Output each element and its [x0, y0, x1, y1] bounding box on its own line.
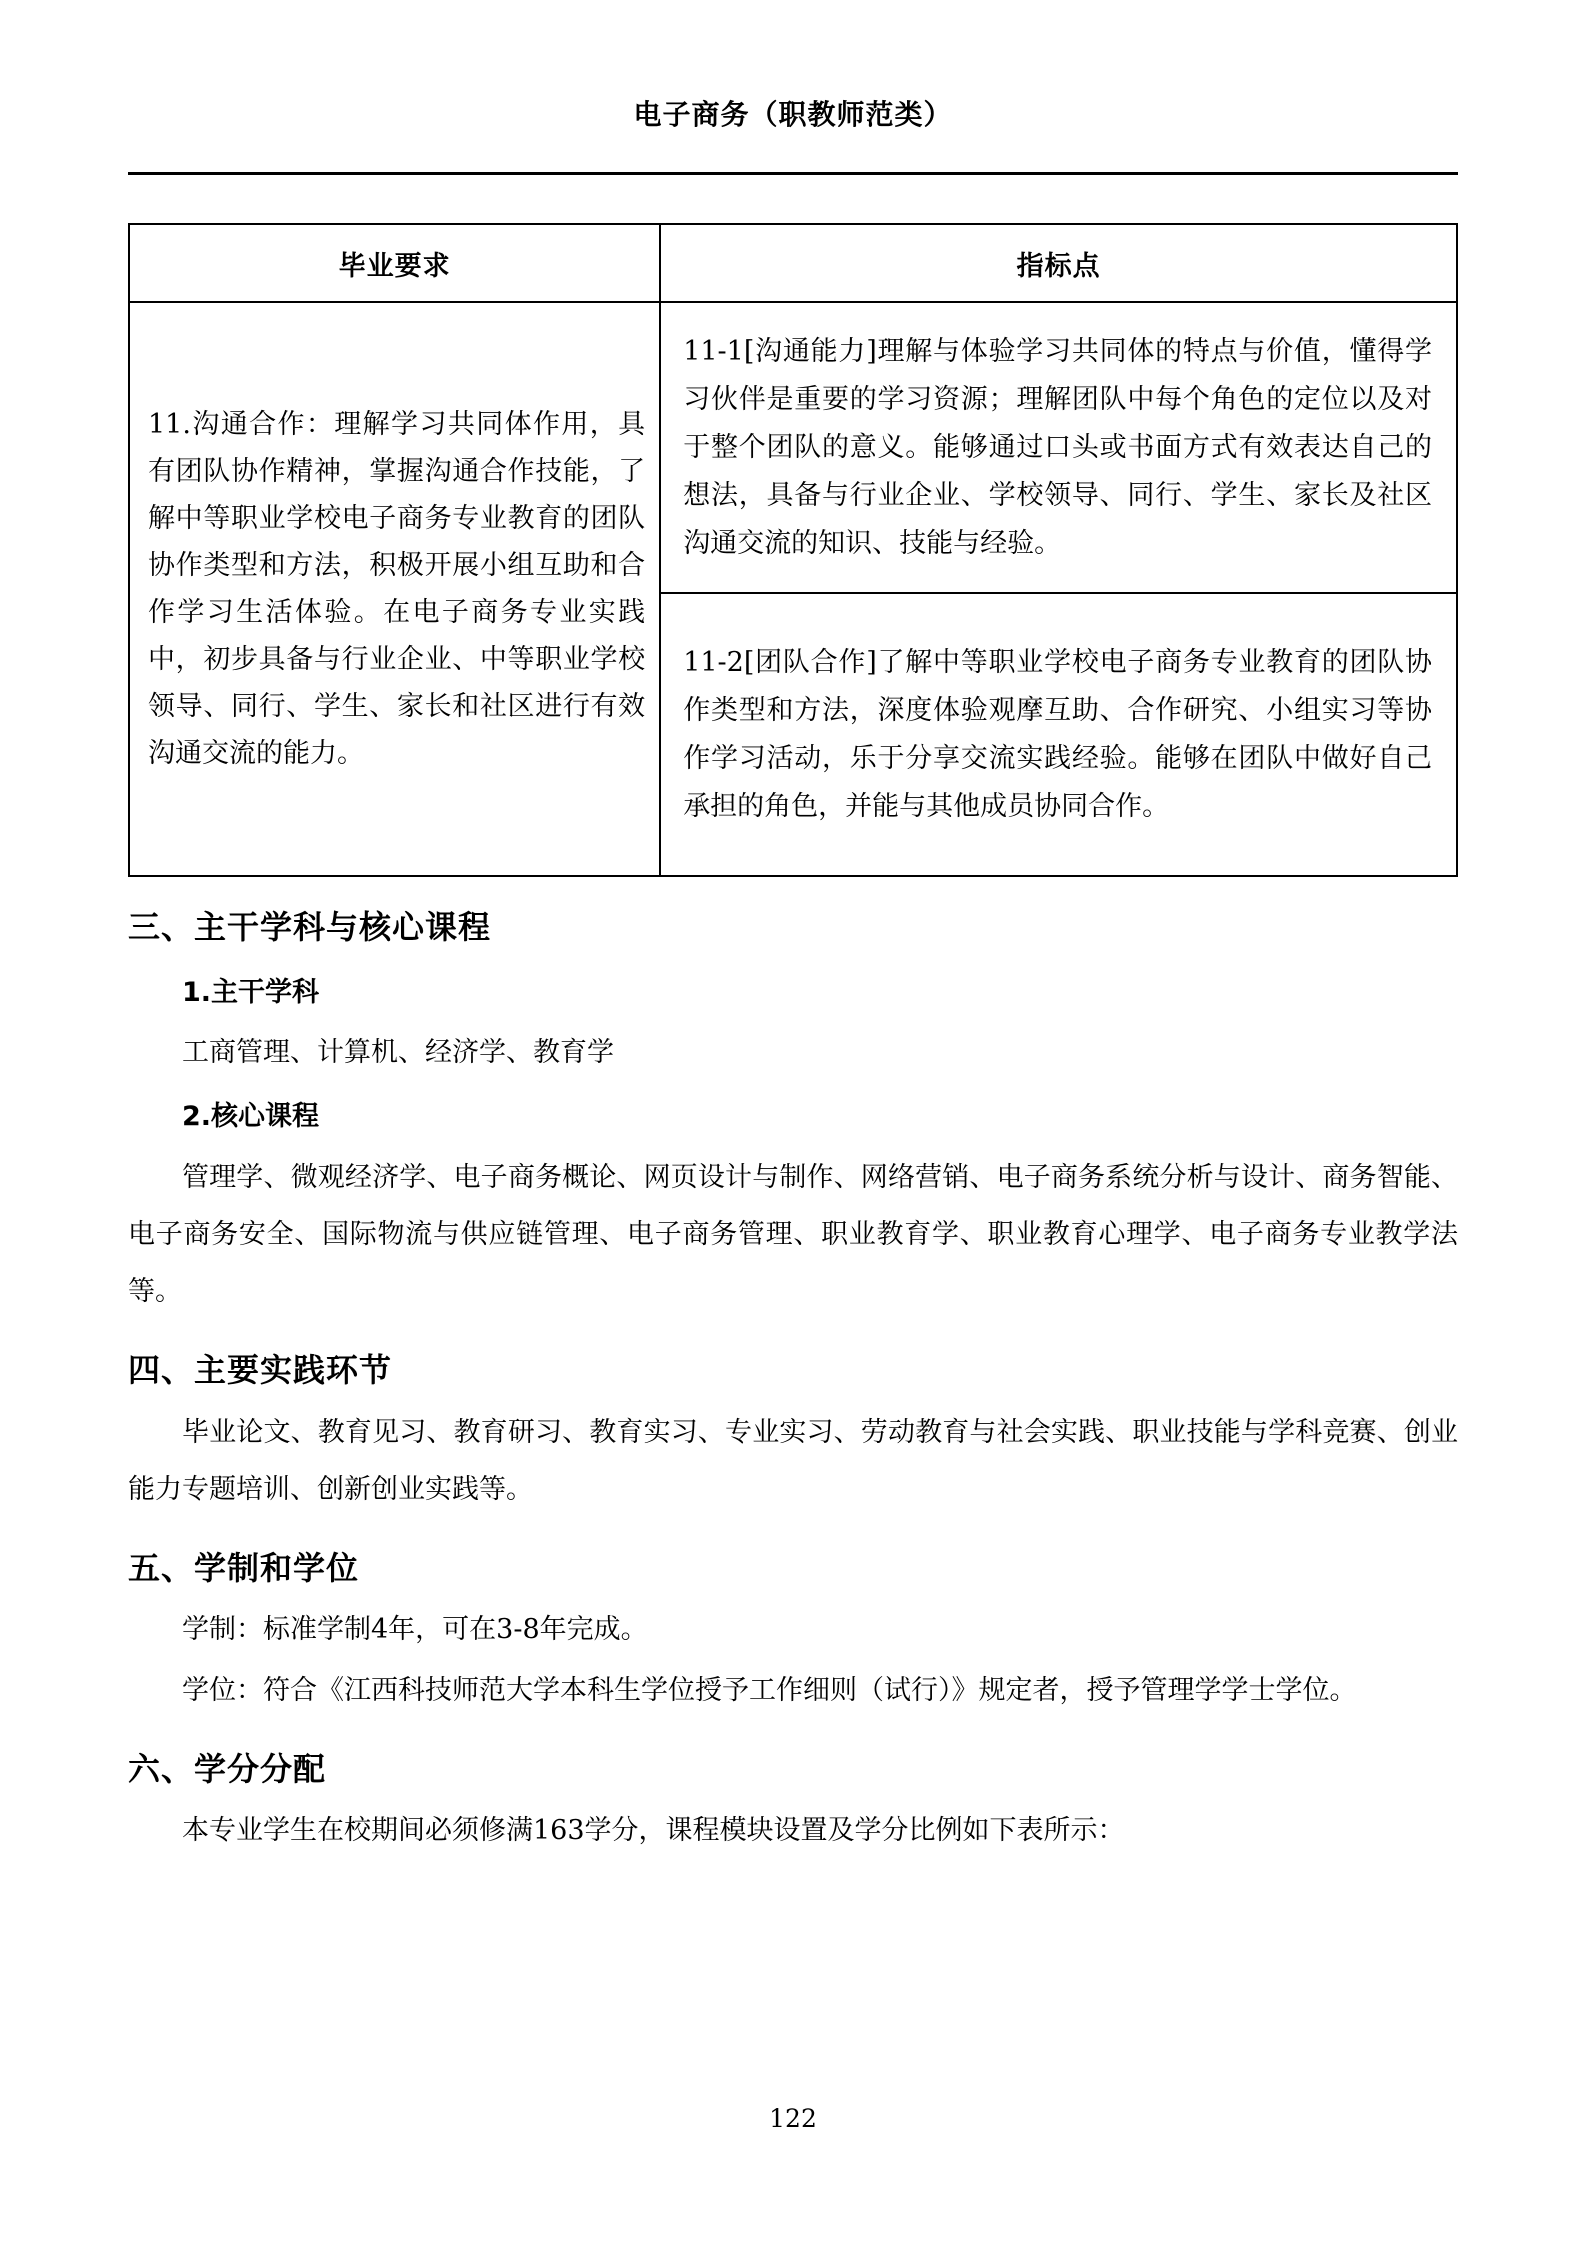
- document-page: 电子商务（职教师范类） 毕业要求 指标点 11.沟通合作：理解学习共同体作用，具…: [0, 0, 1586, 2245]
- core-courses-text: 管理学、微观经济学、电子商务概论、网页设计与制作、网络营销、电子商务系统分析与设…: [128, 1149, 1458, 1320]
- section-heading-three: 三、主干学科与核心课程: [128, 905, 1458, 949]
- column-header-graduation-requirement: 毕业要求: [129, 224, 660, 302]
- section-heading-four: 四、主要实践环节: [128, 1348, 1458, 1392]
- subsection-title-main-disciplines: 1.主干学科: [128, 973, 1458, 1013]
- column-header-indicator-point: 指标点: [660, 224, 1457, 302]
- header-rule: [128, 172, 1458, 175]
- indicator-cell-11-1: 11-1[沟通能力]理解与体验学习共同体的特点与价值，懂得学习伙伴是重要的学习资…: [660, 302, 1457, 593]
- credit-allocation-text: 本专业学生在校期间必须修满163学分，课程模块设置及学分比例如下表所示：: [128, 1811, 1458, 1851]
- section-heading-five: 五、学制和学位: [128, 1546, 1458, 1590]
- indicator-cell-11-2: 11-2[团队合作]了解中等职业学校电子商务专业教育的团队协作类型和方法，深度体…: [660, 593, 1457, 876]
- table-header-row: 毕业要求 指标点: [129, 224, 1457, 302]
- page-title: 电子商务（职教师范类）: [128, 96, 1458, 134]
- page-number: 122: [0, 2104, 1586, 2133]
- requirement-cell: 11.沟通合作：理解学习共同体作用，具有团队协作精神，掌握沟通合作技能，了解中等…: [129, 302, 660, 876]
- main-disciplines-text: 工商管理、计算机、经济学、教育学: [128, 1033, 1458, 1073]
- subsection-title-core-courses: 2.核心课程: [128, 1097, 1458, 1137]
- section-heading-six: 六、学分分配: [128, 1747, 1458, 1791]
- schooling-length-text: 学制：标准学制4年，可在3-8年完成。: [128, 1610, 1458, 1650]
- degree-text: 学位：符合《江西科技师范大学本科生学位授予工作细则（试行）》规定者，授予管理学学…: [128, 1662, 1458, 1719]
- requirements-table: 毕业要求 指标点 11.沟通合作：理解学习共同体作用，具有团队协作精神，掌握沟通…: [128, 223, 1458, 877]
- practice-links-text: 毕业论文、教育见习、教育研习、教育实习、专业实习、劳动教育与社会实践、职业技能与…: [128, 1404, 1458, 1518]
- table-row: 11.沟通合作：理解学习共同体作用，具有团队协作精神，掌握沟通合作技能，了解中等…: [129, 302, 1457, 593]
